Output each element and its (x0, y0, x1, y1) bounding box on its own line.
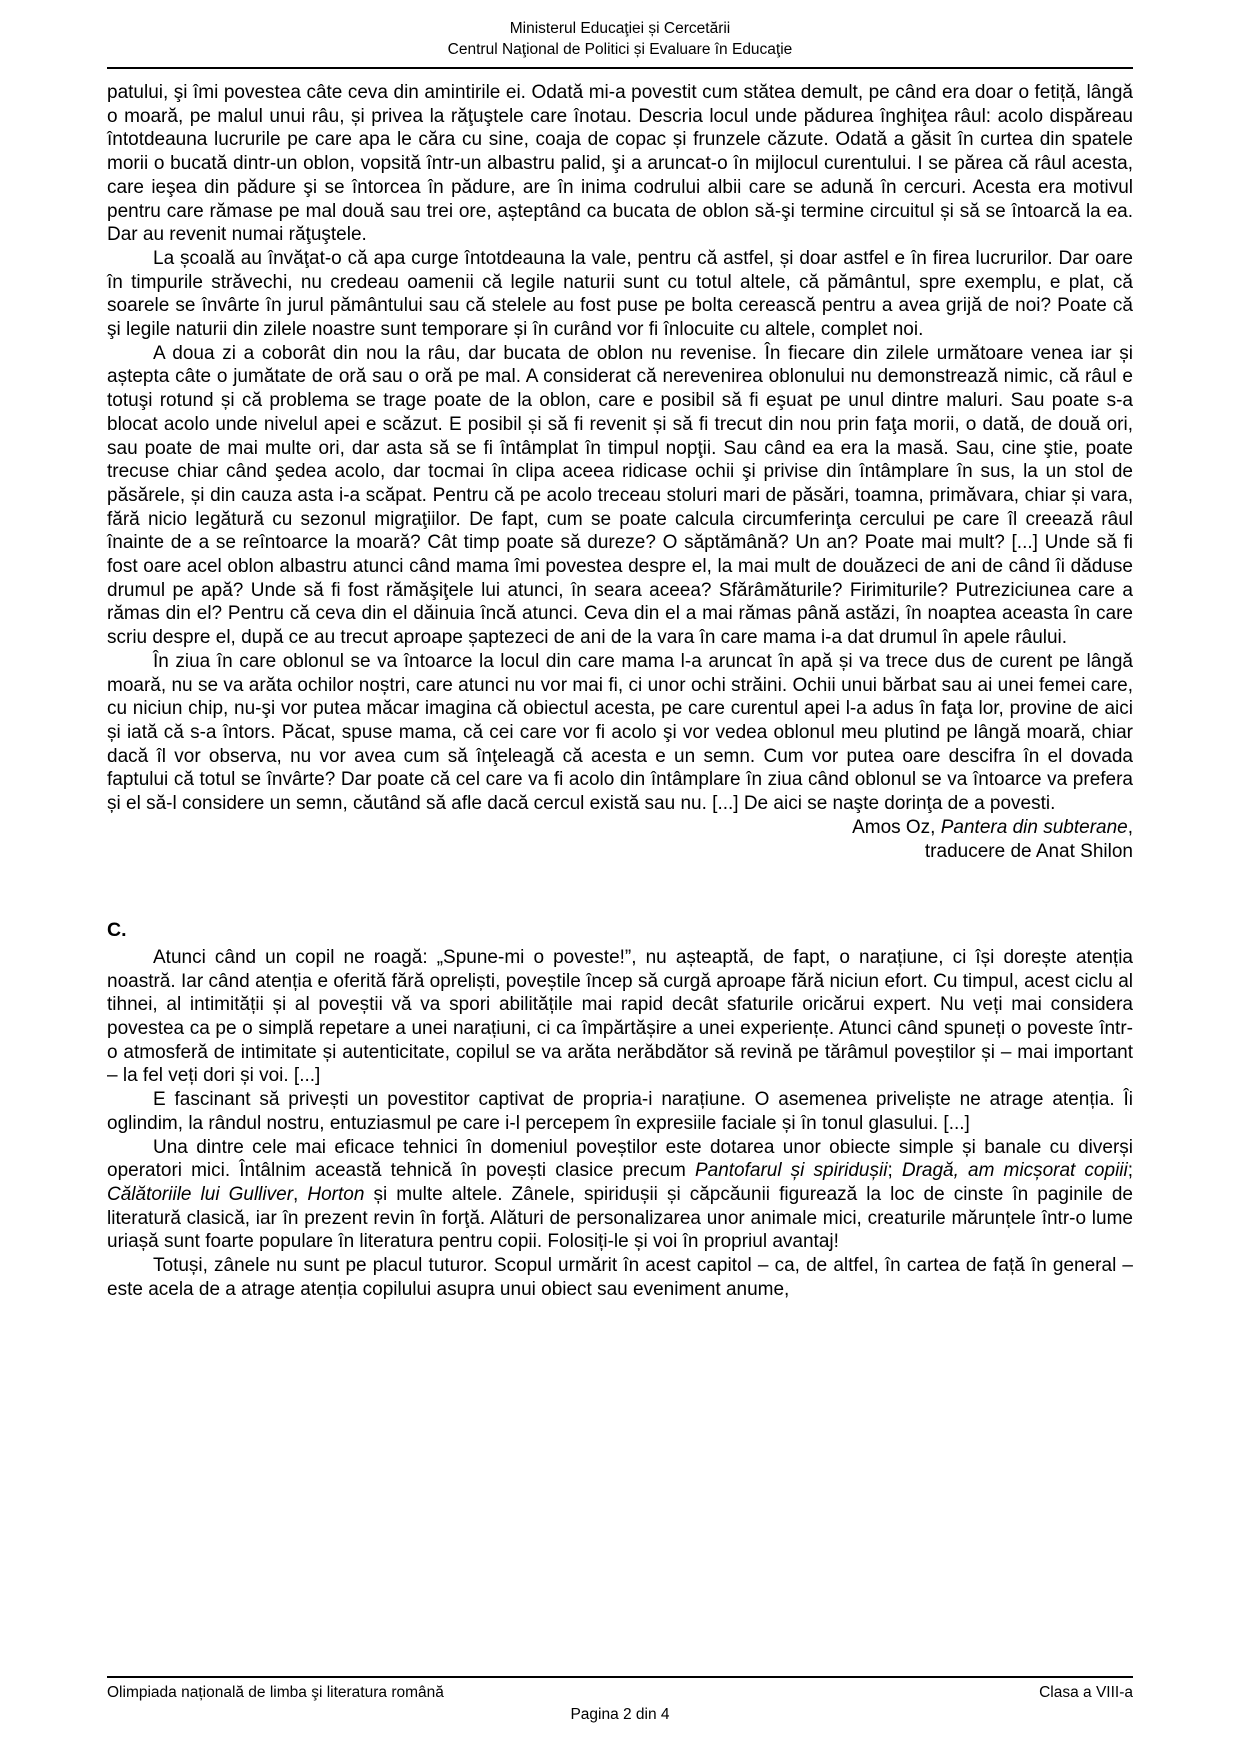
text-c-paragraphs: Atunci când un copil ne roagă: „Spune-mi… (107, 946, 1133, 1302)
document-page: { "header": { "line1": "Ministerul Educa… (0, 0, 1241, 1755)
paragraph: patului, şi îmi povestea câte ceva din a… (107, 81, 1133, 247)
paragraph: În ziua în care oblonul se va întoarce l… (107, 650, 1133, 816)
paragraph: Totuși, zânele nu sunt pe placul tuturor… (107, 1254, 1133, 1301)
page-content: Ministerul Educaţiei și Cercetării Centr… (107, 0, 1133, 1301)
citation-work-title: Pantera din subterane (941, 817, 1128, 838)
document-body: patului, şi îmi povestea câte ceva din a… (107, 81, 1133, 1301)
paragraph: Una dintre cele mai eficace tehnici în d… (107, 1136, 1133, 1255)
header-center-name: Centrul Naţional de Politici și Evaluare… (107, 39, 1133, 60)
citation-translator: traducere de Anat Shilon (107, 840, 1133, 864)
footer-row: Olimpiada națională de limba şi literatu… (107, 1682, 1133, 1704)
paragraph: La școală au învăţat-o că apa curge înto… (107, 247, 1133, 342)
page-footer: Olimpiada națională de limba şi literatu… (107, 1676, 1133, 1726)
footer-class-label: Clasa a VIII-a (1039, 1682, 1133, 1704)
paragraph: E fascinant să privești un povestitor ca… (107, 1088, 1133, 1135)
paragraph: A doua zi a coborât din nou la râu, dar … (107, 342, 1133, 650)
section-c-heading: C. (107, 919, 1133, 943)
paragraph: Atunci când un copil ne roagă: „Spune-mi… (107, 946, 1133, 1088)
header-ministry: Ministerul Educaţiei și Cercetării (107, 18, 1133, 39)
footer-page-number: Pagina 2 din 4 (107, 1704, 1133, 1726)
citation-author: Amos Oz, (852, 817, 941, 838)
page-header: Ministerul Educaţiei și Cercetării Centr… (107, 0, 1133, 69)
footer-olympiad-title: Olimpiada națională de limba şi literatu… (107, 1682, 444, 1704)
citation: Amos Oz, Pantera din subterane, traducer… (107, 816, 1133, 863)
text-a-paragraphs: patului, şi îmi povestea câte ceva din a… (107, 81, 1133, 816)
citation-line-1: Amos Oz, Pantera din subterane, (107, 816, 1133, 840)
citation-comma: , (1128, 817, 1133, 838)
